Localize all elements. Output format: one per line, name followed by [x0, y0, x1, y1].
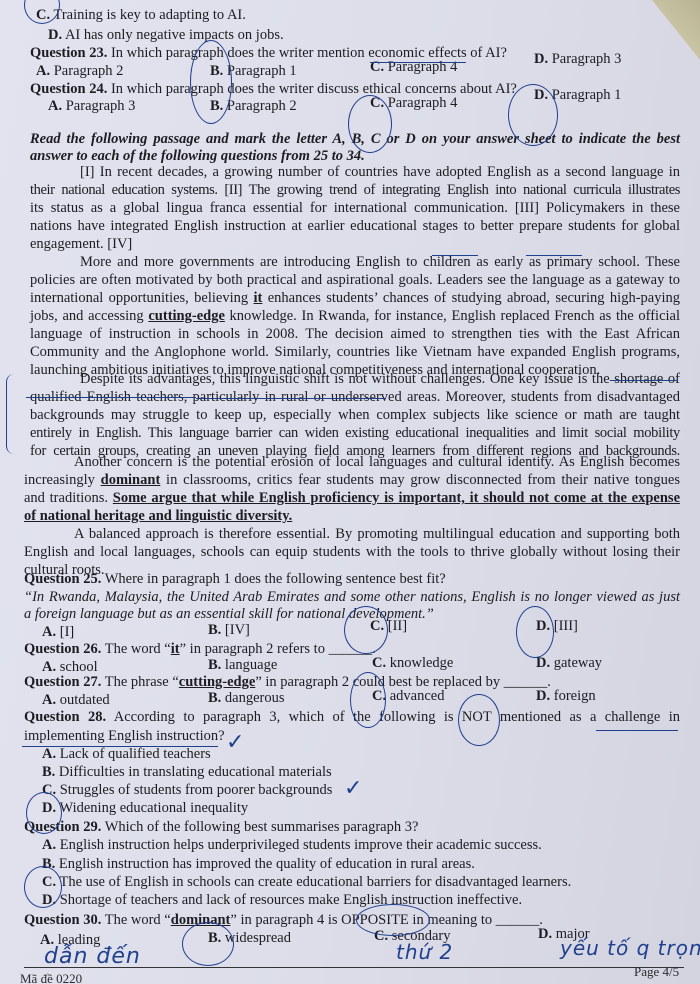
q27-option-b[interactable]: B. dangerous: [208, 689, 285, 707]
q27-option-d[interactable]: D. foreign: [536, 687, 596, 705]
footer-rule: [24, 967, 684, 968]
passage-paragraph-1: [I] In recent decades, a growing number …: [30, 163, 680, 253]
page-number: Page 4/5: [634, 964, 679, 980]
checkmark-icon: ✓: [344, 776, 363, 801]
q27-option-a[interactable]: A. outdated: [42, 691, 110, 709]
q25-option-a[interactable]: A. [I]: [42, 623, 74, 641]
question-25-stem: Question 25. Where in paragraph 1 does t…: [24, 570, 446, 588]
q26-option-b[interactable]: B. language: [208, 656, 277, 674]
q24-option-d[interactable]: D. Paragraph 1: [534, 86, 621, 104]
q25-option-d[interactable]: D. [III]: [536, 617, 578, 635]
q26-option-d[interactable]: D. gateway: [536, 654, 602, 672]
question-28-stem-2: implementing English instruction?: [24, 727, 225, 745]
exam-page: C. Training is key to adapting to AI. D.…: [0, 0, 700, 984]
question-29-stem: Question 29. Which of the following best…: [24, 818, 418, 836]
prev-option-d: D. AI has only negative impacts on jobs.: [48, 26, 284, 44]
q23-option-a[interactable]: A. Paragraph 2: [36, 62, 123, 80]
passage-paragraph-3: Despite its advantages, this linguistic …: [30, 370, 680, 460]
q24-option-b[interactable]: B. Paragraph 2: [210, 97, 297, 115]
q28-option-d[interactable]: D. Widening educational inequality: [42, 799, 248, 817]
word-dominant: dominant: [101, 472, 161, 488]
q29-option-d[interactable]: D. Shortage of teachers and lack of reso…: [42, 891, 522, 909]
checkmark-icon: ✓: [226, 730, 245, 755]
passage-paragraph-4: Another concern is the potential erosion…: [24, 453, 680, 525]
q27-option-c[interactable]: C. advanced: [372, 687, 444, 705]
q23-option-b[interactable]: B. Paragraph 1: [210, 62, 297, 80]
ink-margin-bracket: [6, 374, 15, 454]
handwritten-note-d: yếu tố q trọng: [560, 936, 700, 960]
q23-option-d[interactable]: D. Paragraph 3: [534, 50, 621, 68]
q25-option-b[interactable]: B. [IV]: [208, 621, 250, 639]
question-30-stem: Question 30. The word “dominant” in para…: [24, 911, 543, 929]
q28-option-b[interactable]: B. Difficulties in translating education…: [42, 763, 332, 781]
question-25-quote-1: “In Rwanda, Malaysia, the United Arab Em…: [24, 588, 680, 606]
word-cutting-edge: cutting-edge: [148, 308, 225, 324]
q29-option-c[interactable]: C. The use of English in schools can cre…: [42, 873, 571, 891]
page-corner-fold: [620, 0, 700, 60]
instruction-line-1: Read the following passage and mark the …: [30, 130, 680, 148]
q28-option-a[interactable]: A. Lack of qualified teachers: [42, 745, 211, 763]
question-26-stem: Question 26. The word “it” in paragraph …: [24, 640, 376, 658]
question-27-stem: Question 27. The phrase “cutting-edge” i…: [24, 673, 551, 691]
q24-option-a[interactable]: A. Paragraph 3: [48, 97, 135, 115]
q25-option-c[interactable]: C. [II]: [370, 617, 407, 635]
q29-option-b[interactable]: B. English instruction has improved the …: [42, 855, 475, 873]
q30-option-b[interactable]: B. widespread: [208, 929, 291, 947]
q24-option-c[interactable]: C. Paragraph 4: [370, 94, 457, 112]
q26-option-c[interactable]: C. knowledge: [372, 654, 453, 672]
prev-option-c: C. Training is key to adapting to AI.: [36, 6, 246, 24]
q29-option-a[interactable]: A. English instruction helps underprivil…: [42, 836, 542, 854]
q23-option-c[interactable]: C. Paragraph 4: [370, 58, 457, 76]
handwritten-note-c: thứ 2: [396, 940, 453, 964]
handwritten-note-a: dẫn đến: [44, 944, 141, 969]
question-28-stem-1: Question 28. According to paragraph 3, w…: [24, 708, 680, 726]
ink-underline-challenge: [596, 730, 678, 731]
passage-paragraph-2: More and more governments are introducin…: [30, 253, 680, 379]
exam-code: Mã đề 0220: [20, 971, 82, 984]
q28-option-c[interactable]: C. Struggles of students from poorer bac…: [42, 781, 332, 799]
